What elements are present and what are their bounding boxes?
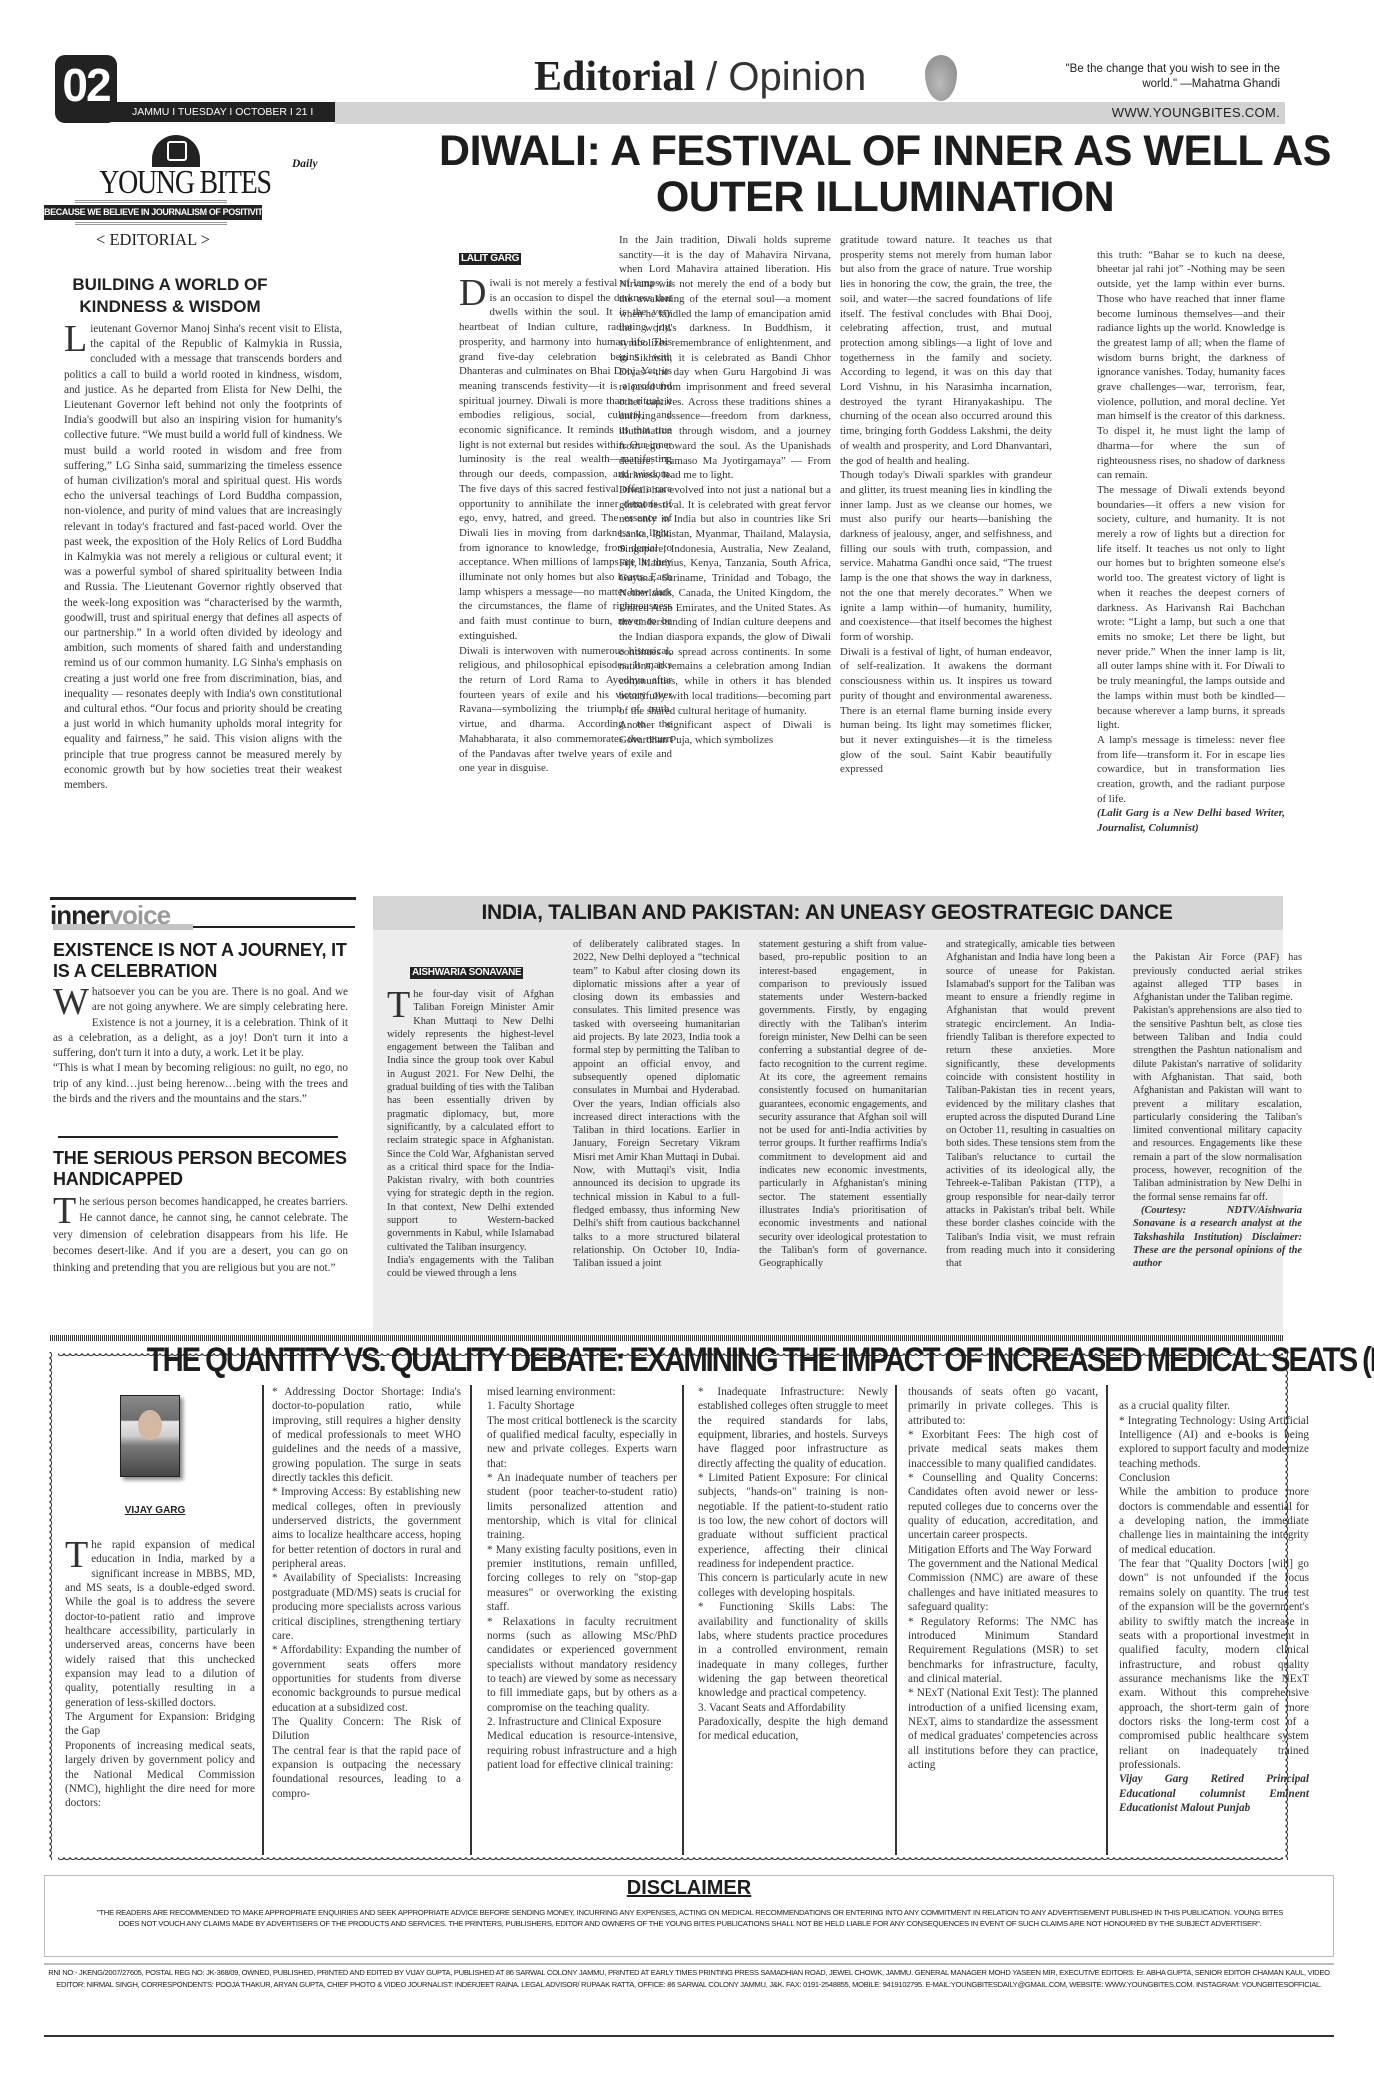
column-rule (262, 1385, 264, 1855)
geo-column-1: The four-day visit of Afghan Taliban For… (387, 988, 554, 1281)
geo-column-2: of deliberately calibrated stages. In 20… (573, 938, 740, 1270)
section-title-light: / Opinion (695, 55, 866, 99)
section-title-bold: Editorial (534, 54, 695, 100)
column-rule (470, 1385, 472, 1855)
diwali-byline: LALIT GARG (459, 253, 521, 265)
quote-mark-icon (925, 55, 957, 101)
inner-voice-body-2: The serious person becomes handicapped, … (53, 1194, 348, 1276)
geo-column-4: and strategically, amicable ties between… (946, 938, 1115, 1270)
footer-imprint: RNI NO:- JKENG/2007/27605, POSTAL REG NO… (44, 1967, 1334, 1990)
diwali-column-2: In the Jain tradition, Diwali holds supr… (619, 233, 831, 748)
header-quote: "Be the change that you wish to see in t… (1040, 62, 1280, 92)
medical-column-3: mised learning environment: 1. Faculty S… (487, 1385, 677, 1772)
medical-column-6: as a crucial quality filter. * Integrati… (1119, 1385, 1309, 1815)
footer-rule (44, 1963, 1334, 1965)
masthead-daily: Daily (292, 158, 318, 170)
diwali-column-3: gratitude toward nature. It teaches us t… (840, 233, 1052, 777)
author-photo (120, 1395, 180, 1477)
medical-column-6-text: as a crucial quality filter. * Integrati… (1119, 1400, 1309, 1771)
geo-courtesy: (Courtesy: NDTV/Aishwaria Sonavane is a … (1133, 1204, 1302, 1270)
column-rule (895, 1385, 897, 1855)
inner-voice-headline-2: THE SERIOUS PERSON BECOMES HANDICAPPED (53, 1148, 353, 1190)
dateline-bar: JAMMU I TUESDAY I OCTOBER I 21 I 2025 (110, 102, 335, 122)
geo-column-3: statement gesturing a shift from value-b… (759, 938, 927, 1270)
geo-column-5: the Pakistan Air Force (PAF) has previou… (1133, 938, 1302, 1284)
medical-column-2: * Addressing Doctor Shortage: India's do… (272, 1385, 461, 1801)
medical-column-5: thousands of seats often go vacant, prim… (908, 1385, 1098, 1772)
newspaper-logo-icon (152, 135, 200, 167)
diwali-headline: DIWALI: A FESTIVAL OF INNER AS WELL AS O… (435, 128, 1335, 220)
website-link[interactable]: WWW.YOUNGBITES.COM. (1040, 104, 1280, 122)
masthead-name: YOUNG BITES (91, 165, 280, 201)
geo-headline: INDIA, TALIBAN AND PAKISTAN: AN UNEASY G… (373, 898, 1281, 928)
geo-byline-wrap: AISHWARIA SONAVANE (410, 960, 523, 979)
medical-headline: THE QUANTITY VS. QUALITY DEBATE: EXAMINI… (147, 1340, 1213, 1380)
section-title: Editorial / Opinion (534, 52, 866, 102)
inner-voice-separator (58, 1136, 338, 1138)
inner-voice-label: innervoice (50, 900, 170, 930)
editorial-body: Lieutenant Governor Manoj Sinha's recent… (64, 322, 342, 793)
inner-voice-underrule (193, 926, 355, 928)
diwali-author-note: (Lalit Garg is a New Delhi based Writer,… (1097, 807, 1285, 834)
column-rule (682, 1385, 684, 1855)
medical-wavy-border-left (48, 1352, 54, 1860)
medical-column-4: * Inadequate Infrastructure: Newly estab… (698, 1385, 888, 1744)
geo-column-5-text: the Pakistan Air Force (PAF) has previou… (1133, 952, 1302, 1202)
inner-voice-headline-1: EXISTENCE IS NOT A JOURNEY, IT IS A CELE… (53, 940, 353, 982)
medical-author-note: Vijay Garg Retired Principal Educational… (1119, 1773, 1309, 1814)
medical-wavy-border-bottom (58, 1856, 1283, 1862)
medical-byline: VIJAY GARG (120, 1505, 190, 1516)
geo-byline: AISHWARIA SONAVANE (410, 967, 523, 979)
diwali-column-4-text: this truth: “Bahar se to kuch na deese, … (1097, 249, 1285, 805)
masthead-rule (75, 222, 227, 225)
column-rule (1106, 1385, 1108, 1855)
medical-column-1: The rapid expansion of medical education… (65, 1538, 255, 1811)
inner-voice-label-light: voice (109, 900, 171, 930)
disclaimer-title: DISCLAIMER (44, 1877, 1334, 1900)
diwali-column-4: this truth: “Bahar se to kuch na deese, … (1097, 233, 1285, 836)
inner-voice-body-1: Whatsoever you can be you are. There is … (53, 985, 348, 1107)
disclaimer-text: "THE READERS ARE RECOMMENDED TO MAKE APP… (90, 1907, 1290, 1929)
editorial-tag: < EDITORIAL > (44, 230, 262, 250)
page-number-badge: 02 (55, 55, 117, 123)
masthead-rule (75, 200, 227, 203)
editorial-headline: BUILDING A WORLD OF KINDNESS & WISDOM (60, 274, 280, 318)
inner-voice-label-dark: inner (50, 900, 109, 930)
diwali-byline-wrap: LALIT GARG (459, 246, 521, 265)
masthead-tagline: BECAUSE WE BELIEVE IN JOURNALISM OF POSI… (44, 205, 262, 220)
page-bottom-rule (44, 2035, 1334, 2037)
